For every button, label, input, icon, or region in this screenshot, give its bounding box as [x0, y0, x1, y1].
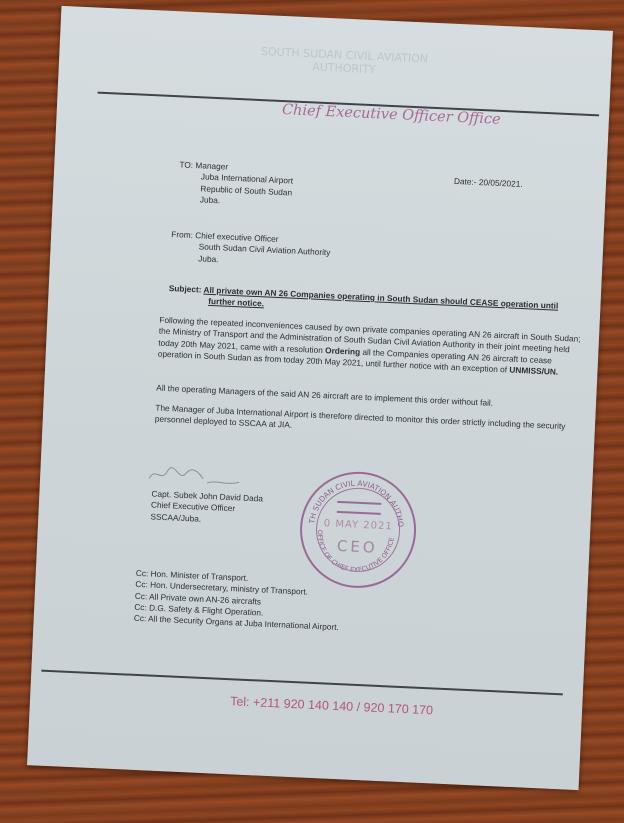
- footer-divider: [41, 670, 563, 696]
- letter-page: SOUTH SUDAN CIVIL AVIATION AUTHORITY Chi…: [27, 6, 613, 790]
- signatory-block: Capt. Subek John David Dada Chief Execut…: [150, 488, 263, 527]
- to-block: TO: Manager Juba International Airport R…: [178, 159, 294, 209]
- to-line: Manager: [195, 160, 228, 171]
- cc-list: Cc: Hon. Minister of Transport. Cc: Hon.…: [134, 568, 342, 634]
- letterhead-emblem-faint: SOUTH SUDAN CIVIL AVIATION AUTHORITY: [259, 45, 430, 79]
- wings-emblem-icon: [337, 501, 381, 515]
- footer-telephone: Tel: +211 920 140 140 / 920 170 170: [230, 694, 434, 717]
- letter-date: Date:- 20/05/2021.: [454, 176, 523, 190]
- date-label: Date:-: [454, 176, 477, 187]
- body-emphasis: Ordering: [325, 345, 360, 357]
- body-paragraph-1: Following the repeated inconveniences ca…: [158, 315, 590, 380]
- from-label: From:: [171, 229, 193, 240]
- official-stamp: SOUTH SUDAN CIVIL AVIATION AUTHORITY OFF…: [297, 469, 418, 590]
- from-block: From: Chief executive Officer South Suda…: [170, 229, 331, 270]
- date-value: 20/05/2021.: [479, 177, 523, 189]
- body-emphasis: UNMISS/UN.: [509, 364, 558, 376]
- signature: [145, 462, 256, 491]
- to-label: TO:: [179, 159, 193, 170]
- subject-label: Subject:: [169, 283, 202, 294]
